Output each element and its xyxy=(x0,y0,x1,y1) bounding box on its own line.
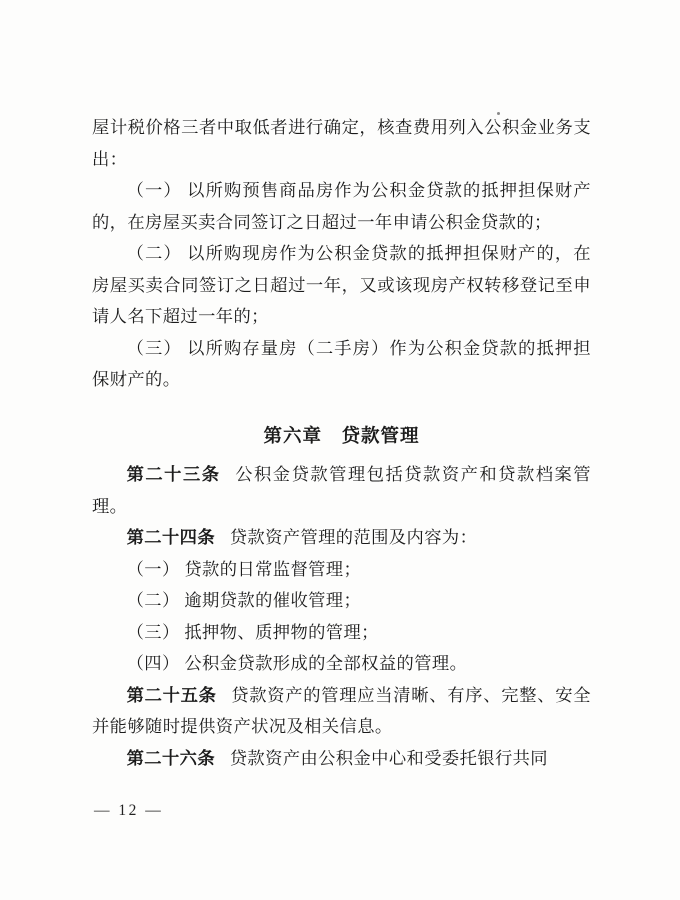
list-item-presale-house: （一） 以所购预售商品房作为公积金贷款的抵押担保财产的，在房屋买卖合同签订之日超… xyxy=(92,175,591,238)
article-26-paragraph: 第二十六条贷款资产由公积金中心和受委托银行共同 xyxy=(92,743,591,775)
article-24-number: 第二十四条 xyxy=(127,528,215,547)
document-page: 屋计税价格三者中取低者进行确定，核查费用列入公积金业务支出： （一） 以所购预售… xyxy=(0,0,680,900)
list-item-loan-rights: （四） 公积金贷款形成的全部权益的管理。 xyxy=(92,648,591,680)
article-23-paragraph: 第二十三条公积金贷款管理包括贷款资产和贷款档案管理。 xyxy=(92,459,591,522)
article-25-number: 第二十五条 xyxy=(127,686,217,705)
chapter-heading: 第六章 贷款管理 xyxy=(92,422,591,454)
article-24-text: 贷款资产管理的范围及内容为： xyxy=(230,528,478,547)
article-23-number: 第二十三条 xyxy=(127,465,221,484)
page-content: 屋计税价格三者中取低者进行确定，核查费用列入公积金业务支出： （一） 以所购预售… xyxy=(92,112,591,774)
article-26-text: 贷款资产由公积金中心和受委托银行共同 xyxy=(230,749,548,768)
article-24-paragraph: 第二十四条贷款资产管理的范围及内容为： xyxy=(92,522,591,554)
list-item-collateral-management: （三） 抵押物、质押物的管理； xyxy=(92,617,591,649)
continuation-paragraph: 屋计税价格三者中取低者进行确定，核查费用列入公积金业务支出： xyxy=(92,112,591,175)
list-item-daily-supervision: （一） 贷款的日常监督管理； xyxy=(92,554,591,586)
list-item-existing-house: （二） 以所购现房作为公积金贷款的抵押担保财产的，在房屋买卖合同签订之日超过一年… xyxy=(92,238,591,333)
list-item-overdue-collection: （二） 逾期贷款的催收管理； xyxy=(92,585,591,617)
article-26-number: 第二十六条 xyxy=(127,749,215,768)
list-item-secondhand-house: （三） 以所购存量房（二手房）作为公积金贷款的抵押担保财产的。 xyxy=(92,333,591,396)
page-number: — 12 — xyxy=(94,802,163,820)
article-25-paragraph: 第二十五条贷款资产的管理应当清晰、有序、完整、安全并能够随时提供资产状况及相关信… xyxy=(92,680,591,743)
